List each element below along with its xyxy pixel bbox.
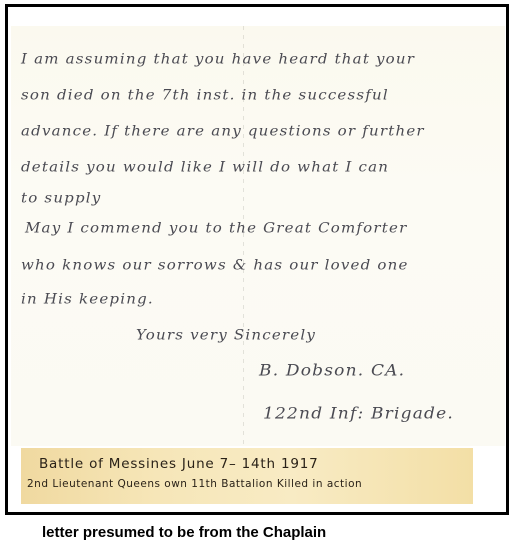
letter-line-1: I am assuming that you have heard that y… [21, 51, 415, 68]
letter-closing: Yours very Sincerely [136, 327, 316, 344]
letter-unit: 122nd Inf: Brigade. [263, 405, 454, 423]
letter-line-4: details you would like I will do what I … [21, 159, 389, 176]
letter-paper: I am assuming that you have heard that y… [11, 26, 505, 446]
letter-line-8: in His keeping. [21, 291, 154, 308]
label-line-1: Battle of Messines June 7– 14th 1917 [39, 456, 319, 472]
letter-line-5: to supply [21, 190, 101, 207]
letter-line-3: advance. If there are any questions or f… [21, 123, 425, 140]
letter-line-7: who knows our sorrows & has our loved on… [21, 257, 409, 274]
label-line-2: 2nd Lieutenant Queens own 11th Battalion… [27, 478, 362, 490]
letter-line-2: son died on the 7th inst. in the success… [21, 87, 389, 104]
archive-label: Battle of Messines June 7– 14th 1917 2nd… [21, 448, 473, 504]
letter-signature: B. Dobson. CA. [259, 362, 405, 380]
image-caption: letter presumed to be from the Chaplain [42, 524, 326, 541]
letter-frame: I am assuming that you have heard that y… [5, 4, 509, 515]
letter-line-6: May I commend you to the Great Comforter [25, 220, 407, 237]
